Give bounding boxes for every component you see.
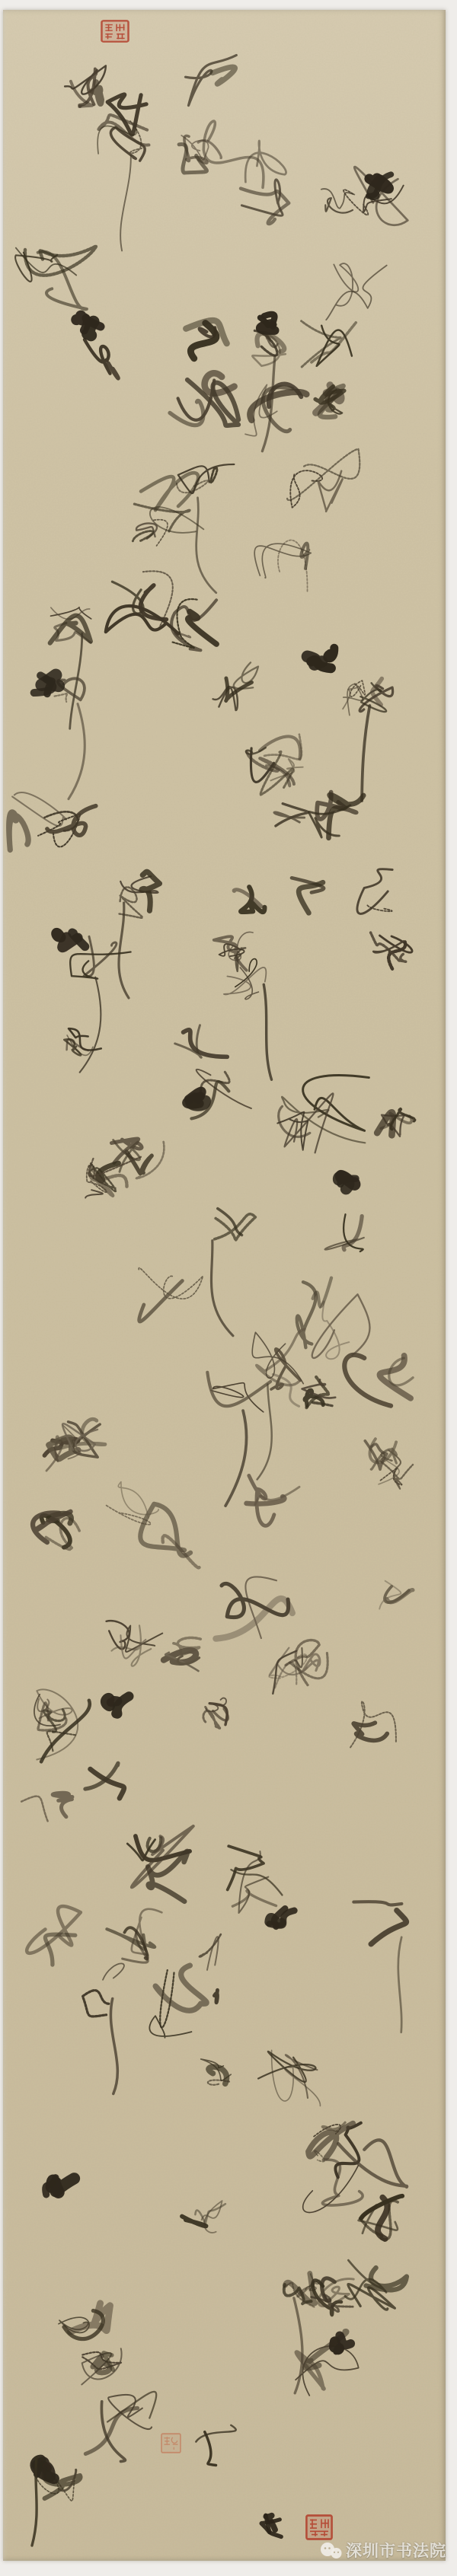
watermark-text: 深圳市书法院 xyxy=(346,2540,446,2562)
bottom-signature-seal xyxy=(305,2514,333,2540)
mid-small-collector-seal xyxy=(161,2433,181,2453)
scan-background: 深圳市书法院 xyxy=(0,0,457,2576)
seal-carving-pattern xyxy=(305,2514,333,2540)
top-artist-seal xyxy=(101,20,129,43)
seal-carving-pattern xyxy=(161,2433,181,2453)
calligraphy-strokes xyxy=(0,0,457,2576)
seal-carving-pattern xyxy=(101,20,129,43)
watermark-badge: 深圳市书法院 xyxy=(320,2539,457,2562)
wechat-icon xyxy=(320,2542,343,2560)
